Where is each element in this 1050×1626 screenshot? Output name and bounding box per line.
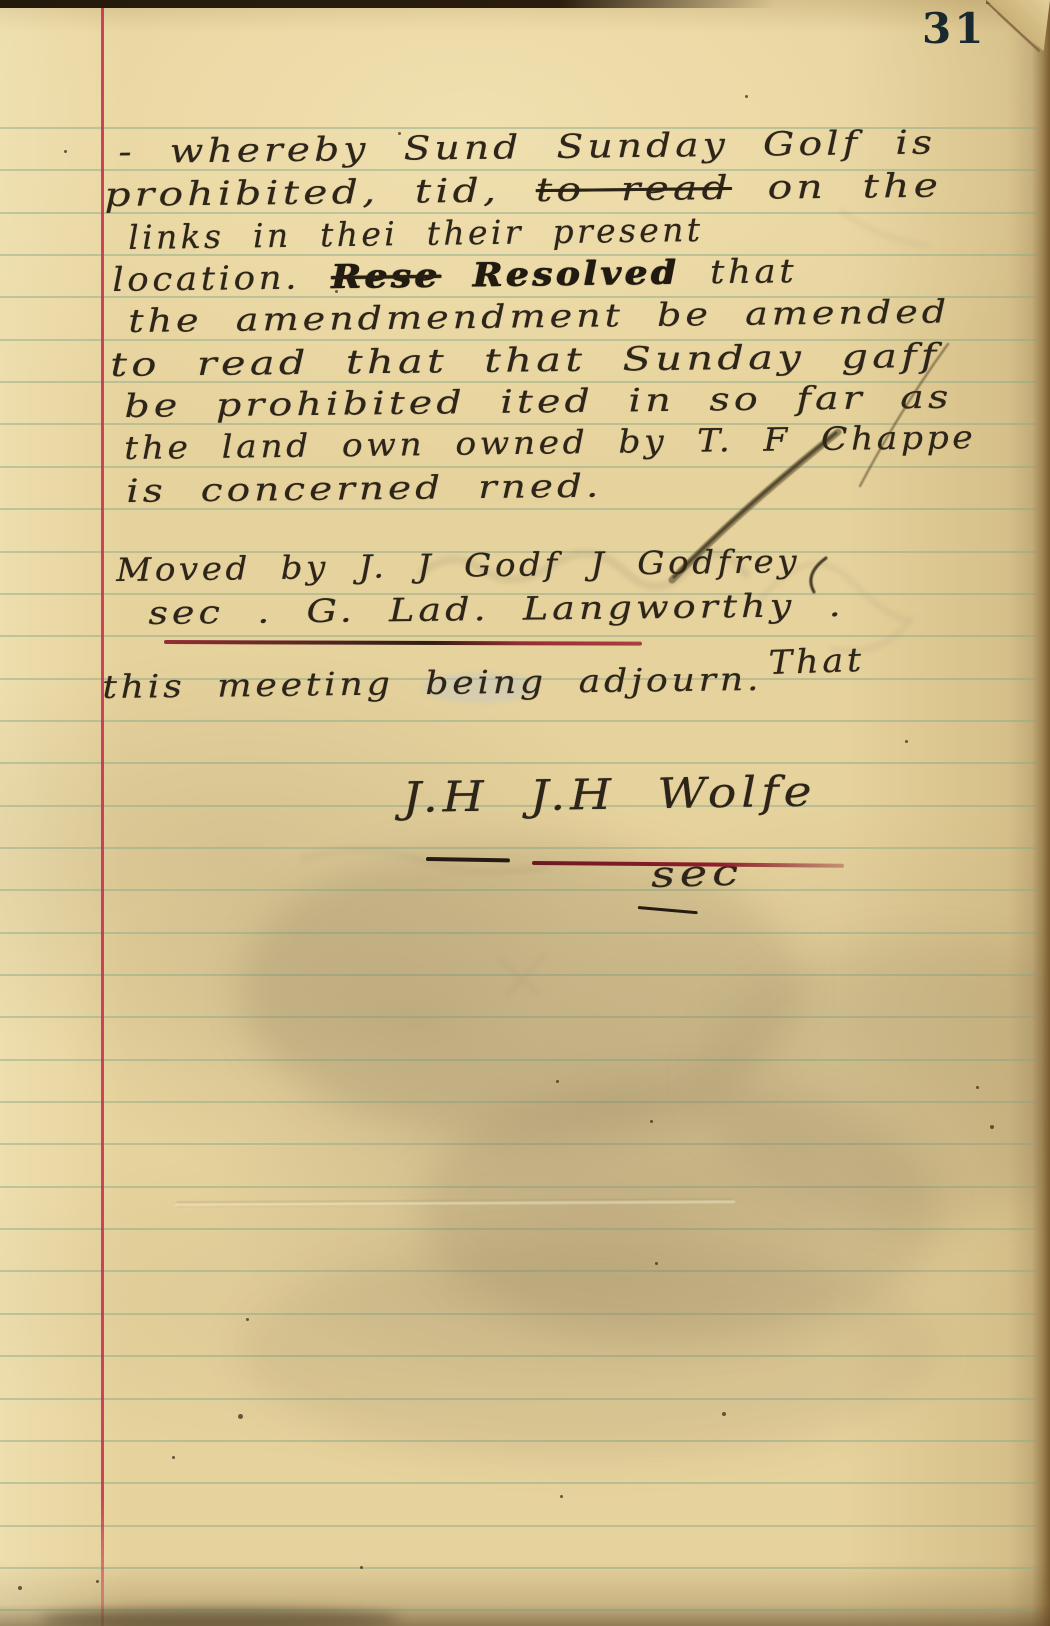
page-number: 31 <box>922 4 986 53</box>
paper-speck <box>335 290 338 293</box>
handwritten-line: That <box>768 642 865 681</box>
handwritten-line: Moved by J. J Godf J Godfrey <box>116 544 800 588</box>
paper-speck <box>360 1566 363 1569</box>
ink-text: Moved by J. J Godf J Godfrey <box>116 542 800 589</box>
paper-speck <box>976 1086 979 1089</box>
ruled-line <box>0 635 1036 637</box>
handwritten-line: sec . G. Lad. Langworthy . <box>148 588 845 631</box>
paper-speck <box>650 1120 653 1123</box>
ruled-line <box>0 1482 1036 1484</box>
handwritten-line: this meeting being adjourn. <box>102 662 762 705</box>
paper-speck <box>990 1125 994 1129</box>
ink-text: - whereby Sund Sunday Golf is <box>118 122 936 171</box>
paper-speck <box>745 95 748 98</box>
struck-text: to read <box>535 168 732 209</box>
struck-text: Rese <box>331 256 441 296</box>
ink-text: to read that that Sunday gaff <box>110 336 941 384</box>
ink-text: be prohibited ited in so far as <box>124 378 953 425</box>
paper-speck <box>64 150 67 153</box>
handwritten-line: links in thei their present <box>128 212 704 256</box>
page-edge-right <box>1032 0 1050 1626</box>
ink-text: the amendmendment be amended <box>128 292 950 340</box>
paper-speck <box>905 740 908 743</box>
paper-speck <box>560 1495 563 1498</box>
ruled-line <box>0 1525 1036 1527</box>
handwritten-line: sec <box>650 854 744 896</box>
ink-text: sec . G. Lad. Langworthy . <box>148 586 845 632</box>
ruled-line <box>0 1567 1036 1569</box>
ink-text: That <box>768 640 865 682</box>
ink-text: sec <box>650 853 744 896</box>
stain-blob <box>240 1240 940 1460</box>
overwritten-text: Resolved <box>440 253 679 295</box>
ink-text: location. <box>112 257 331 299</box>
paper-speck <box>172 1456 175 1459</box>
ink-text: prohibited, tid, <box>104 170 536 214</box>
handwritten-line: J.H J.H Wolfe <box>402 769 817 822</box>
ink-text: is concerned rned. <box>126 467 603 510</box>
scan-edge-top <box>0 0 775 8</box>
handwritten-line: to read that that Sunday gaff <box>110 338 941 383</box>
red-underline-langworthy <box>164 640 642 646</box>
handwritten-line: - whereby Sund Sunday Golf is <box>118 124 936 170</box>
paper-speck <box>96 1580 99 1583</box>
handwritten-line: prohibited, tid, to read on the <box>104 168 942 214</box>
ruled-line <box>0 720 1036 722</box>
handwritten-line: the amendmendment be amended <box>128 294 950 339</box>
handwritten-line: the land own owned by T. F Chappe <box>124 420 977 466</box>
ruled-line <box>0 762 1036 764</box>
paper-speck <box>18 1586 22 1590</box>
paper-speck <box>398 132 401 135</box>
paper-speck <box>238 1414 243 1419</box>
handwritten-line: location. Rese Resolved that <box>112 253 798 298</box>
handwritten-line: is concerned rned. <box>126 469 603 510</box>
ledger-page: 31 - whereby Sund Sunday Golf isprohibit… <box>0 0 1050 1626</box>
scan-edge-shadow <box>40 1608 400 1626</box>
ink-text: links in thei their present <box>128 210 704 257</box>
paper-speck <box>246 1318 249 1321</box>
ink-text: on the <box>732 166 943 207</box>
margin-line <box>101 6 104 1626</box>
paper-speck <box>556 1080 559 1083</box>
ink-text: J.H J.H Wolfe <box>402 767 817 822</box>
paper-speck <box>655 1262 658 1265</box>
ink-text: this meeting being adjourn. <box>102 660 762 706</box>
handwritten-line: be prohibited ited in so far as <box>124 380 953 424</box>
ink-text: that <box>679 251 798 292</box>
paper-speck <box>722 1412 726 1416</box>
